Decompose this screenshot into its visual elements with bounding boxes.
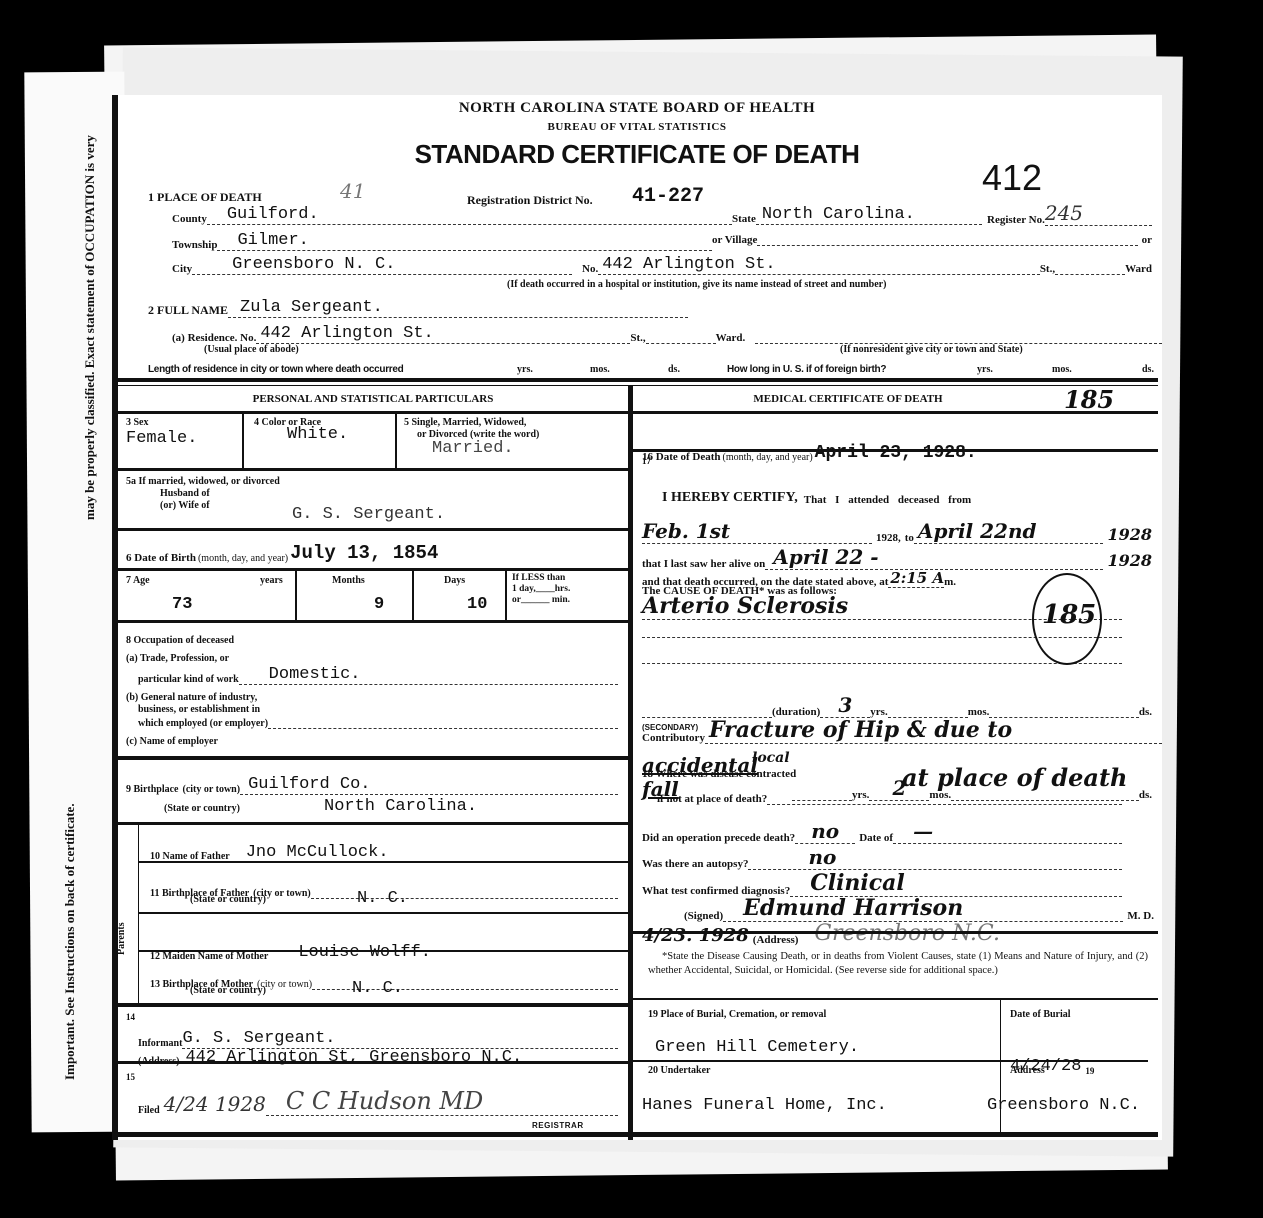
- divider: [633, 449, 1158, 452]
- divider: [138, 950, 628, 952]
- residence-ward-blank: [646, 329, 716, 344]
- undertaker-address-value: Greensboro N.C.: [987, 1096, 1140, 1115]
- burial-value: Green Hill Cemetery.: [655, 1038, 859, 1057]
- sex-label: 3 Sex: [126, 417, 149, 428]
- residence-st-label: St.,: [630, 332, 645, 344]
- divider: [138, 825, 139, 1005]
- divider: [633, 998, 1158, 1000]
- less-label-1: If LESS than: [512, 573, 570, 584]
- divider: [138, 861, 628, 863]
- death-time-suffix: m.: [944, 576, 956, 588]
- divider: [118, 1003, 628, 1007]
- signed-date: 4/23. 1928: [642, 925, 749, 946]
- burial-date-label: Date of Burial: [1010, 1009, 1071, 1020]
- mother-bp-state-value: N. C.: [352, 979, 403, 998]
- register-label: Register No.: [987, 214, 1045, 226]
- spouse-label-1: 5a If married, widowed, or divorced: [126, 476, 280, 487]
- spouse-label-2: Husband of: [160, 488, 210, 499]
- industry-label-3: which employed (or employer): [138, 718, 268, 729]
- local-note: local: [752, 750, 790, 766]
- contrib-ds: ds.: [1139, 789, 1152, 801]
- divider: [118, 411, 628, 414]
- birthplace-hint: (city or town): [179, 784, 241, 795]
- dob-hint: (month, day, and year): [196, 553, 290, 564]
- divider: [633, 411, 1158, 414]
- divider: [505, 571, 507, 621]
- registrar-label: REGISTRAR: [532, 1121, 584, 1130]
- foreign-ds: ds.: [1142, 364, 1154, 375]
- cause-code: 185: [1042, 600, 1096, 630]
- residence-ds: ds.: [668, 364, 680, 375]
- less-label-2: 1 day,____hrs.: [512, 584, 570, 595]
- dob-label: 6 Date of Birth: [126, 552, 196, 564]
- spouse-value: G. S. Sergeant.: [292, 505, 445, 524]
- death-certificate: NORTH CAROLINA STATE BOARD OF HEALTH BUR…: [112, 95, 1162, 1140]
- last-saw-year: 1928: [1103, 551, 1152, 570]
- medical-section-title: MEDICAL CERTIFICATE OF DEATH: [633, 393, 1063, 405]
- village-value: [757, 231, 1137, 246]
- age-days-value: 10: [467, 595, 487, 614]
- divider: [295, 571, 297, 621]
- length-residence-label: Length of residence in city or town wher…: [148, 364, 403, 375]
- dod-hint: (month, day, and year): [721, 452, 815, 463]
- residence-ward-label: Ward.: [716, 332, 746, 344]
- left-border: [112, 95, 118, 1140]
- dod-value: April 23, 1928.: [815, 443, 977, 463]
- attended-from: Feb. 1st: [642, 519, 872, 544]
- street-value: 442 Arlington St.: [598, 255, 1040, 275]
- st-label: St.,: [1040, 263, 1055, 275]
- trade-label-2: particular kind of work: [138, 674, 239, 685]
- divider: [118, 756, 628, 760]
- village-label: or Village: [712, 234, 757, 246]
- bottom-border: [118, 1132, 1158, 1137]
- informant-address-value: 442 Arlington St, Greensboro N.C.: [179, 1048, 522, 1067]
- industry-label: (b) General nature of industry, business…: [126, 692, 260, 716]
- divider: [118, 378, 1158, 382]
- where-value: at place of death: [902, 763, 1128, 792]
- dod-label: 16 Date of Death: [642, 451, 721, 463]
- operation-label: Did an operation precede death?: [642, 832, 795, 844]
- divider: [118, 822, 628, 825]
- age-label: 7 Age: [126, 575, 150, 586]
- register-value: 245: [1045, 201, 1152, 226]
- sex-value: Female.: [126, 429, 197, 448]
- filed-number: 15: [126, 1072, 135, 1082]
- date-of-value: —: [893, 819, 1122, 844]
- occupation-label: 8 Occupation of deceased: [126, 635, 234, 646]
- where-blank: [767, 792, 1122, 805]
- divider: [118, 1061, 628, 1064]
- file-number: 412: [982, 157, 1042, 199]
- burial-date-suffix: 19: [1081, 1066, 1094, 1076]
- attended-to: April 22nd: [914, 519, 1104, 544]
- foreign-yrs: yrs.: [977, 364, 993, 375]
- father-bp-state-label: (State or country): [190, 894, 266, 905]
- trade-label-1: (a) Trade, Profession, or: [126, 653, 229, 664]
- duration-years: 3: [820, 693, 870, 718]
- birthplace-state-label: (State or country): [164, 803, 240, 814]
- autopsy-value: no: [748, 845, 1122, 870]
- last-saw-value: April 22 -: [765, 545, 1103, 570]
- birthplace-city-value: Guilford Co.: [240, 775, 618, 795]
- certify-bold: I HEREBY CERTIFY,: [662, 490, 798, 506]
- full-name-label: 2 FULL NAME: [148, 303, 228, 318]
- residence-value: 442 Arlington St.: [256, 324, 630, 344]
- side-occupation-text: may be properly classified. Exact statem…: [82, 135, 98, 520]
- residence-yrs: yrs.: [517, 364, 533, 375]
- foreign-birth-label: How long in U. S. if of foreign birth?: [727, 364, 886, 375]
- divider: [118, 620, 628, 623]
- township-label: Township: [172, 239, 217, 251]
- employer-label: (c) Name of employer: [126, 736, 218, 747]
- residence-label: (a) Residence. No.: [172, 332, 256, 344]
- divider: [118, 468, 628, 471]
- city-value: Greensboro N. C.: [192, 255, 572, 275]
- township-value: Gilmer.: [217, 231, 712, 251]
- divider: [118, 385, 1158, 386]
- place-of-death-label: 1 PLACE OF DEATH: [148, 190, 262, 205]
- divider: [242, 414, 244, 469]
- no-label: No.: [582, 263, 598, 275]
- divider: [395, 414, 397, 469]
- informant-number: 14: [126, 1012, 135, 1022]
- days-label: Days: [444, 575, 465, 586]
- divider: [633, 931, 1158, 934]
- divider: [633, 1060, 1148, 1062]
- where-label-1: 18 Where was disease contracted: [642, 768, 796, 780]
- age-months-value: 9: [374, 595, 384, 614]
- marital-label-1: 5 Single, Married, Widowed,: [404, 417, 526, 428]
- board-title: NORTH CAROLINA STATE BOARD OF HEALTH: [112, 100, 1162, 117]
- industry-value: [268, 716, 618, 729]
- pencil-note: 41: [340, 179, 365, 203]
- county-label: County: [172, 213, 207, 225]
- mother-label: 12 Maiden Name of Mother: [150, 951, 268, 962]
- secondary-label: (SECONDARY): [642, 723, 698, 732]
- death-time-value: 2:15 A: [888, 569, 944, 588]
- months-label: Months: [332, 575, 365, 586]
- full-name-value: Zula Sergeant.: [228, 298, 688, 318]
- marital-value: Married.: [432, 439, 514, 458]
- foreign-mos: mos.: [1052, 364, 1072, 375]
- informant-value: G. S. Sergeant.: [182, 1029, 618, 1049]
- state-value: North Carolina.: [756, 205, 982, 225]
- dob-value: July 13, 1854: [290, 542, 438, 564]
- divider: [138, 912, 628, 914]
- nonresident-blank: [755, 329, 1162, 344]
- where-label-2: if not at place of death?: [657, 793, 767, 805]
- or-label: or: [1138, 234, 1152, 246]
- address-label: (Address): [749, 934, 799, 946]
- birthplace-label: 9 Birthplace: [126, 784, 179, 795]
- side-instructions-text: Important. See Instructions on back of c…: [62, 803, 78, 1080]
- contributory-value-1: Fracture of Hip & due to: [705, 717, 1162, 744]
- undertaker-value: Hanes Funeral Home, Inc.: [642, 1096, 887, 1115]
- to-year: 1928: [1103, 525, 1152, 544]
- date-of-label: Date of: [855, 832, 893, 844]
- burial-label: 19 Place of Burial, Cremation, or remova…: [648, 1009, 826, 1020]
- signed-value: Edmund Harrison: [723, 895, 1123, 922]
- mother-bp-state-label: (State or country): [190, 985, 266, 996]
- less-than-day-label: If LESS than 1 day,____hrs. or______ min…: [512, 573, 570, 606]
- medical-code-note: 185: [1064, 385, 1114, 414]
- father-value: Jno McCullock.: [230, 843, 389, 862]
- bureau-title: BUREAU OF VITAL STATISTICS: [112, 121, 1162, 133]
- county-value: Guilford.: [207, 205, 732, 225]
- residence-mos: mos.: [590, 364, 610, 375]
- father-bp-state-value: N. C.: [357, 889, 408, 908]
- undertaker-label: 20 Undertaker: [648, 1065, 711, 1076]
- age-years-value: 73: [172, 595, 192, 614]
- ward-label: Ward: [1125, 263, 1152, 275]
- registrar-signature: C C Hudson MD: [266, 1087, 618, 1116]
- state-label: State: [732, 213, 756, 225]
- parents-label: Parents: [116, 922, 127, 955]
- birthplace-state-value: North Carolina.: [324, 797, 477, 816]
- divider: [118, 568, 628, 571]
- ward-blank: [1055, 260, 1125, 275]
- divider: [412, 571, 414, 621]
- contributory-label: Contributory: [642, 732, 705, 744]
- personal-section-title: PERSONAL AND STATISTICAL PARTICULARS: [118, 393, 628, 405]
- spouse-label-3: (or) Wife of: [160, 500, 210, 511]
- item-17: 17: [642, 456, 651, 466]
- filed-date: 4/24 1928: [160, 1092, 266, 1116]
- center-divider: [628, 386, 633, 1140]
- industry-label-2: business, or establishment in: [126, 704, 260, 716]
- race-value: White.: [287, 425, 348, 444]
- operation-value: no: [795, 819, 855, 844]
- divider: [118, 528, 628, 531]
- certify-text: That I attended deceased from: [798, 494, 971, 506]
- nonresident-note: (If nonresident give city or town and St…: [840, 344, 1023, 355]
- undertaker-address-label: Address: [1010, 1065, 1045, 1076]
- industry-label-1: (b) General nature of industry,: [126, 692, 260, 704]
- trade-value: Domestic.: [239, 665, 618, 685]
- mother-value: Louise Wolff.: [268, 943, 431, 962]
- hospital-note: (If death occurred in a hospital or inst…: [507, 279, 886, 290]
- filed-label: Filed: [138, 1105, 160, 1116]
- age-years-label: years: [260, 575, 283, 586]
- test-value: Clinical: [790, 870, 1122, 897]
- footnote: *State the Disease Causing Death, or in …: [648, 950, 1148, 978]
- autopsy-label: Was there an autopsy?: [642, 858, 748, 870]
- from-year: 1928,: [872, 532, 905, 544]
- abode-note: (Usual place of abode): [204, 344, 299, 355]
- less-label-3: or______ min.: [512, 595, 570, 606]
- to-label: to: [905, 532, 914, 544]
- city-label: City: [172, 263, 192, 275]
